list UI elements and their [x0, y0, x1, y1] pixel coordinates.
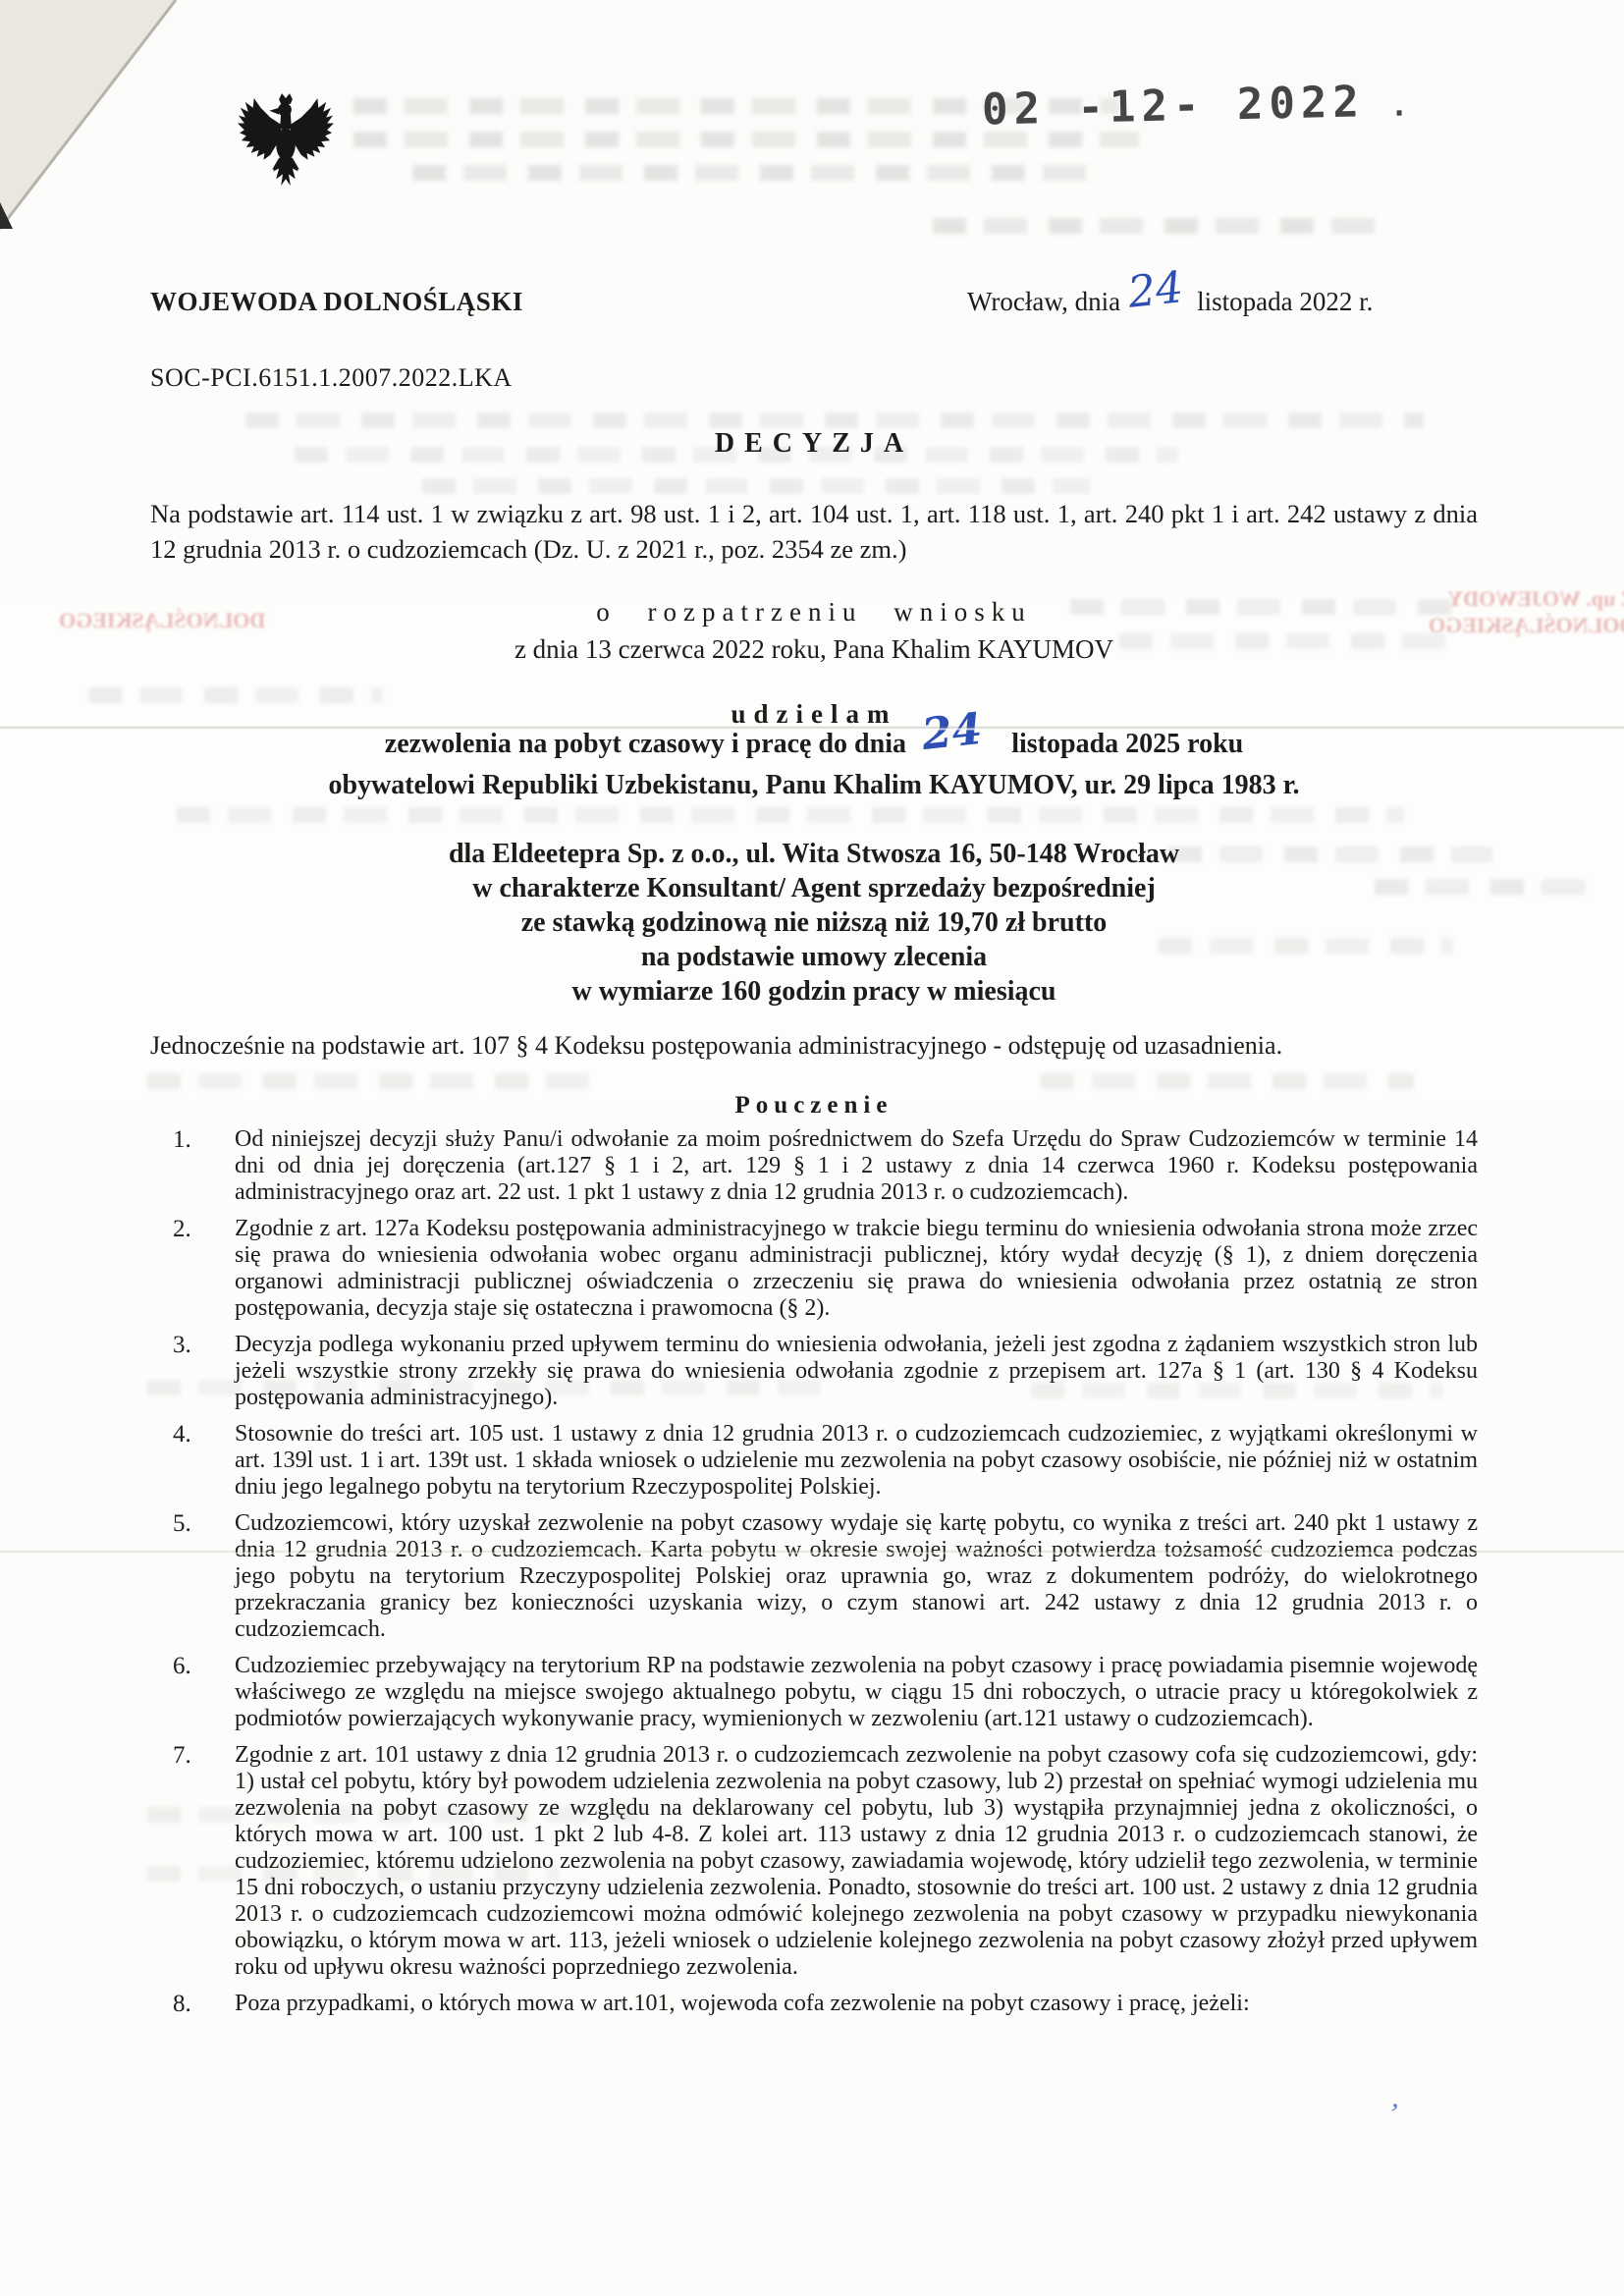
handwritten-day: 24 — [1127, 278, 1184, 303]
instruction-item: 8. Poza przypadkami, o których mowa w ar… — [167, 1991, 1478, 2017]
authority-name: WOJEWODA DOLNOŚLĄSKI — [150, 287, 523, 317]
page-corner-fold — [0, 0, 179, 232]
permit-prefix: zezwolenia na pobyt czasowy i pracę do d… — [385, 729, 906, 759]
legal-basis-paragraph: Na podstawie art. 114 ust. 1 w związku z… — [150, 496, 1478, 567]
pen-mark: ’ — [1385, 2097, 1402, 2131]
item-text: Cudzoziemiec przebywający na terytorium … — [235, 1653, 1478, 1732]
hours-line: w wymiarze 160 godzin pracy w miesiącu — [150, 974, 1478, 1009]
wage-line: ze stawką godzinową nie niższą niż 19,70… — [150, 905, 1478, 940]
instruction-item: 1. Od niniejszej decyzji służy Panu/i od… — [167, 1126, 1478, 1206]
item-number: 7. — [167, 1742, 235, 1981]
instruction-item: 5. Cudzoziemcowi, który uzyskał zezwolen… — [167, 1510, 1478, 1643]
item-number: 6. — [167, 1653, 235, 1732]
beneficiary-line: obywatelowi Republiki Uzbekistanu, Panu … — [150, 770, 1478, 801]
justification-waiver: Jednocześnie na podstawie art. 107 § 4 K… — [150, 1031, 1478, 1061]
instruction-item: 3. Decyzja podlega wykonaniu przed upływ… — [167, 1332, 1478, 1411]
item-number: 2. — [167, 1216, 235, 1322]
contract-line: na podstawie umowy zlecenia — [150, 940, 1478, 974]
employer-line: dla Eldeetepra Sp. z o.o., ul. Wita Stwo… — [150, 837, 1478, 871]
permit-suffix: listopada 2025 roku — [1011, 729, 1243, 759]
udzielam-heading: udzielam — [150, 699, 1478, 730]
item-text: Poza przypadkami, o których mowa w art.1… — [235, 1991, 1478, 2017]
item-text: Od niniejszej decyzji służy Panu/i odwoł… — [235, 1126, 1478, 1206]
instruction-item: 4. Stosownie do treści art. 105 ust. 1 u… — [167, 1421, 1478, 1501]
item-text: Zgodnie z art. 101 ustawy z dnia 12 grud… — [235, 1742, 1478, 1981]
instruction-list: 1. Od niniejszej decyzji służy Panu/i od… — [167, 1126, 1478, 2027]
item-number: 8. — [167, 1991, 235, 2017]
coat-of-arms-eagle-icon — [238, 92, 334, 203]
instruction-item: 7. Zgodnie z art. 101 ustawy z dnia 12 g… — [167, 1742, 1478, 1981]
handwritten-day: 24 — [921, 720, 983, 745]
item-number: 5. — [167, 1510, 235, 1643]
instruction-item: 6. Cudzoziemiec przebywający na terytori… — [167, 1653, 1478, 1732]
scanned-document-page: DOLNOŚLĄSKIEGO Z up. WOJEWODY DOLNOŚLĄSK… — [0, 0, 1624, 2296]
instruction-heading: Pouczenie — [150, 1092, 1478, 1120]
permit-line: zezwolenia na pobyt czasowy i pracę do d… — [150, 729, 1478, 760]
instruction-item: 2. Zgodnie z art. 127a Kodeksu postępowa… — [167, 1216, 1478, 1322]
subject-line-2: z dnia 13 czerwca 2022 roku, Pana Khalim… — [150, 634, 1478, 665]
place-date-line: Wrocław, dnia24listopada 2022 r. — [967, 287, 1373, 317]
employment-conditions-block: dla Eldeetepra Sp. z o.o., ul. Wita Stwo… — [150, 837, 1478, 1009]
decision-title: DECYZJA — [150, 428, 1478, 460]
case-number: SOC-PCI.6151.1.2007.2022.LKA — [150, 363, 513, 393]
received-date: 02 -12- 2022 — [982, 77, 1366, 135]
item-text: Cudzoziemcowi, który uzyskał zezwolenie … — [235, 1510, 1478, 1643]
item-text: Stosownie do treści art. 105 ust. 1 usta… — [235, 1421, 1478, 1501]
position-line: w charakterze Konsultant/ Agent sprzedaż… — [150, 871, 1478, 905]
place-date-suffix: listopada 2022 r. — [1197, 287, 1373, 316]
date-received-stamp: 02 -12- 2022. — [982, 76, 1409, 135]
subject-line-1: o rozpatrzeniu wniosku — [150, 597, 1478, 628]
item-number: 3. — [167, 1332, 235, 1411]
stamp-dot: . — [1390, 88, 1409, 123]
place-date-prefix: Wrocław, dnia — [967, 287, 1120, 316]
item-number: 4. — [167, 1421, 235, 1501]
item-number: 1. — [167, 1126, 235, 1206]
item-text: Decyzja podlega wykonaniu przed upływem … — [235, 1332, 1478, 1411]
item-text: Zgodnie z art. 127a Kodeksu postępowania… — [235, 1216, 1478, 1322]
